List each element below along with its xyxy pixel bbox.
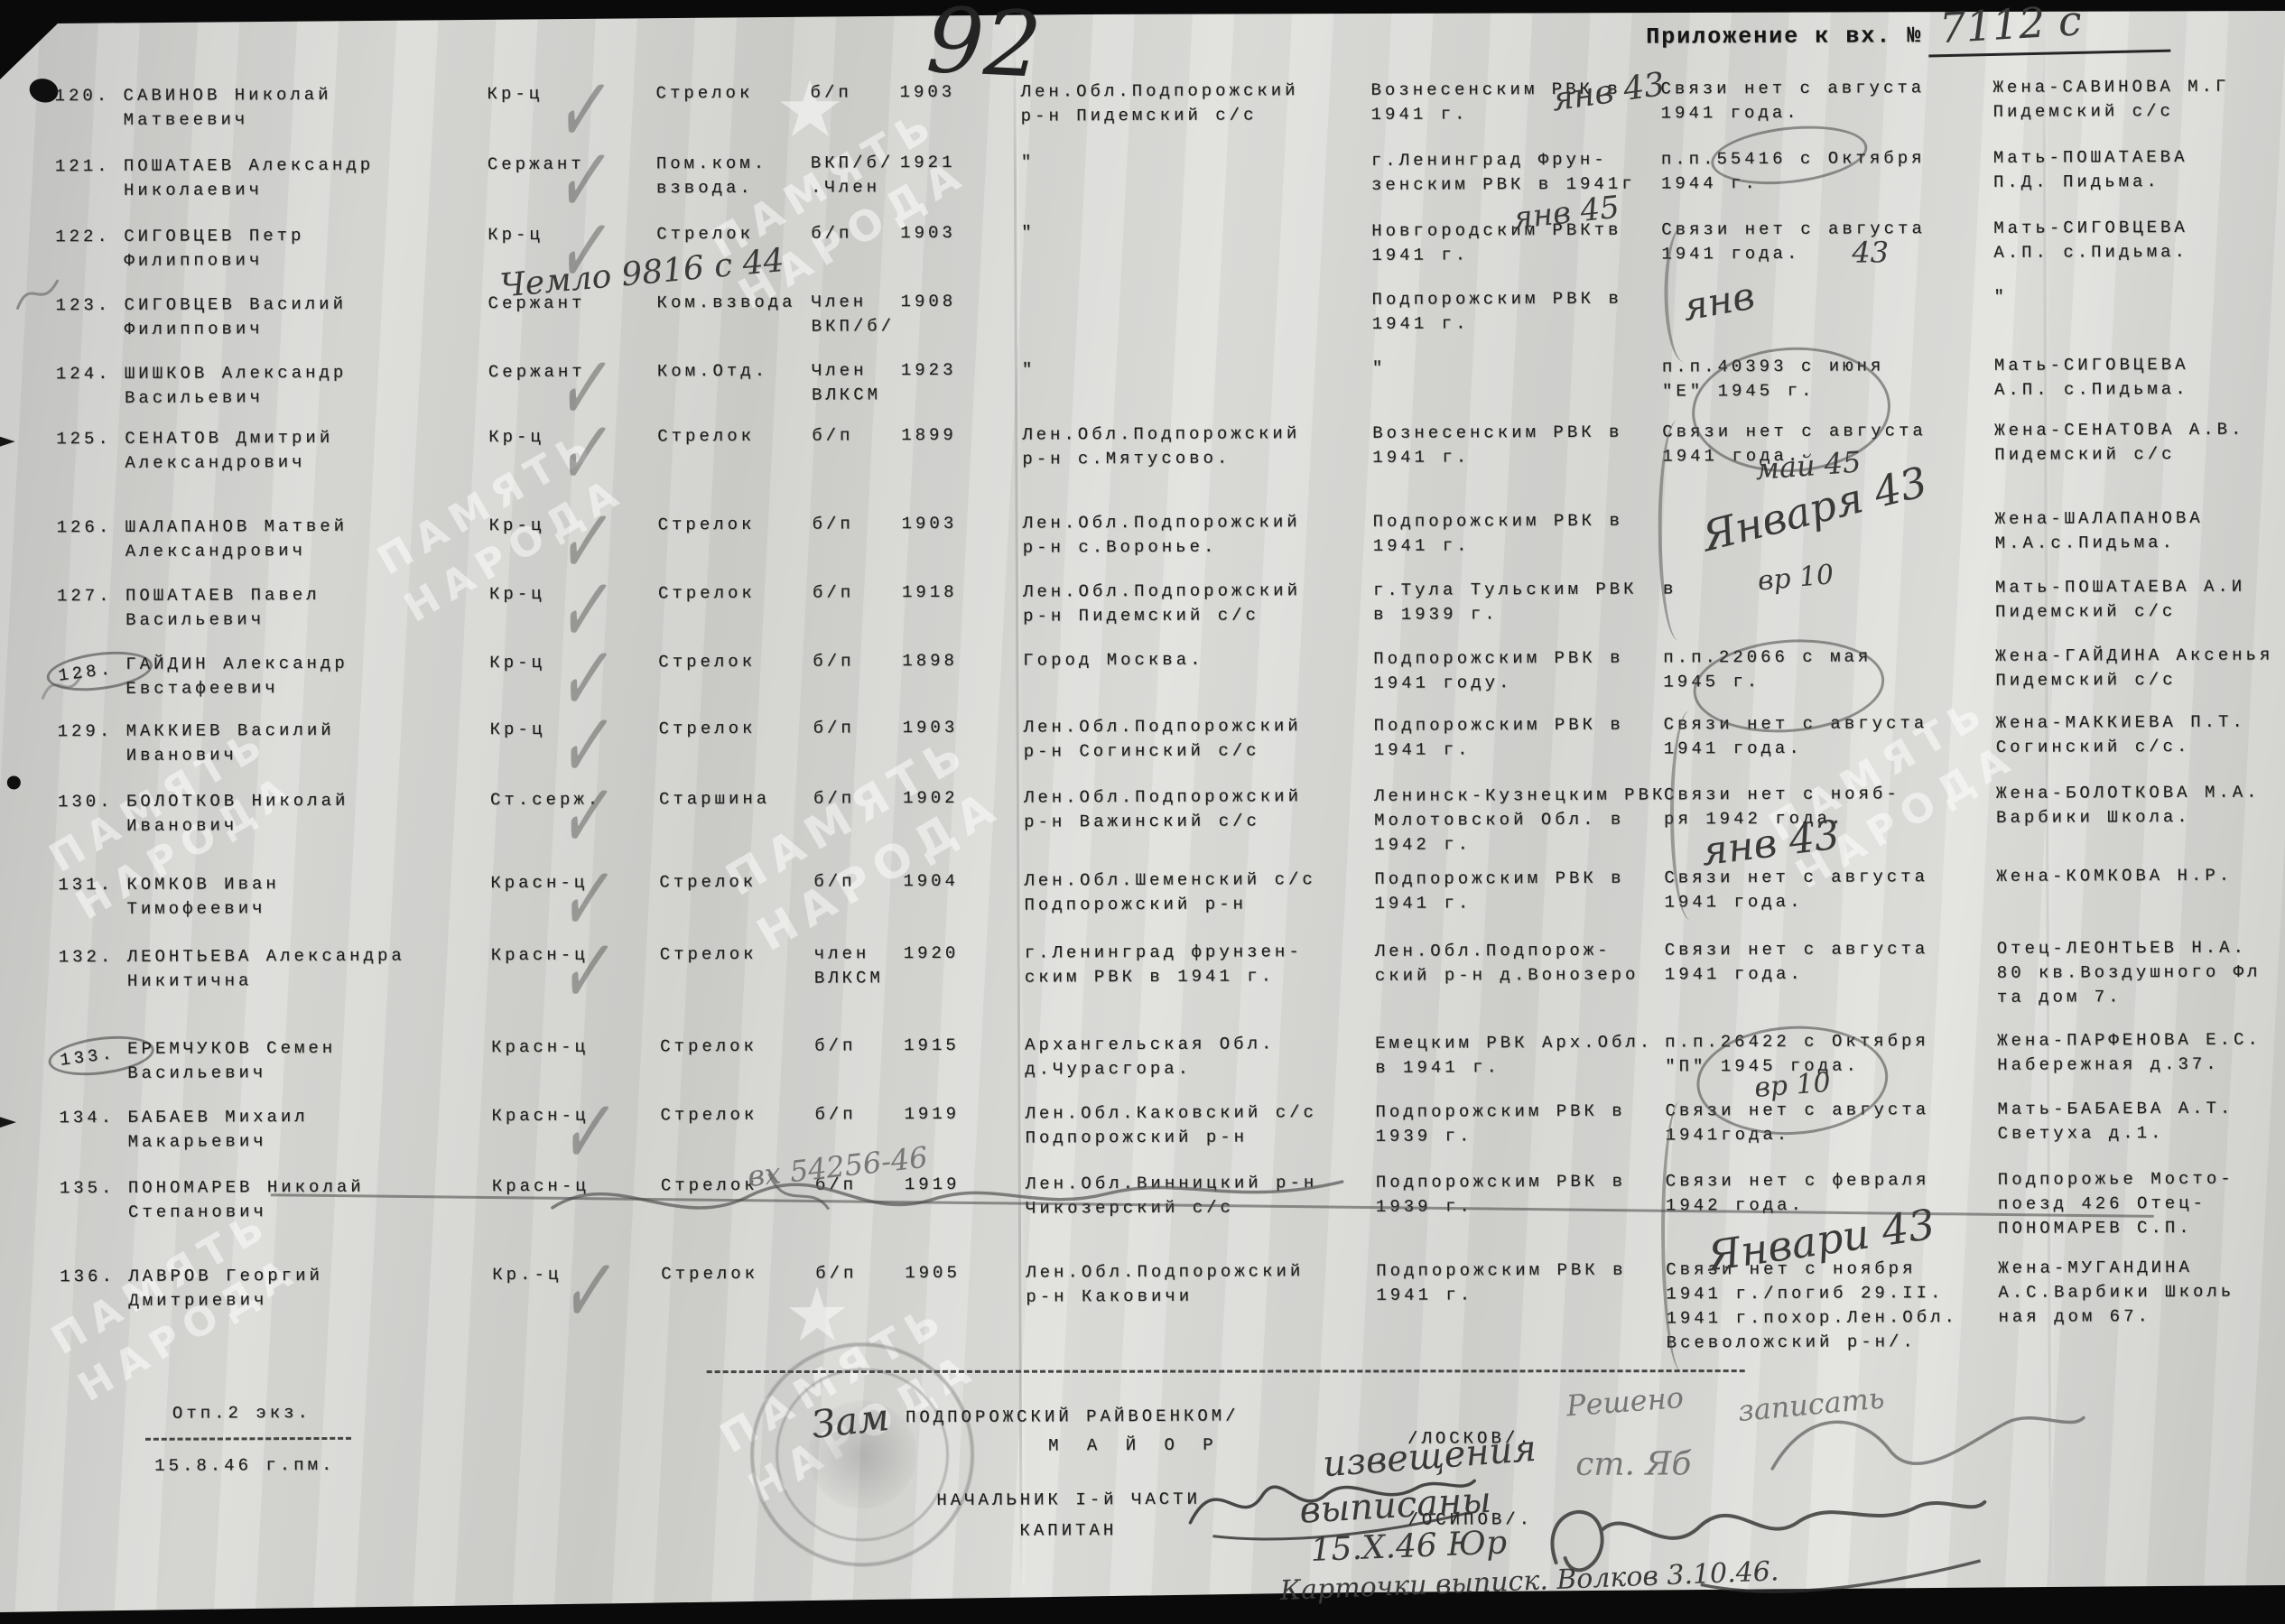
military-position: Стрелок bbox=[656, 222, 823, 247]
birthplace: Лен.Обл.Подпорожский р-н с.Воронье. bbox=[1023, 510, 1343, 561]
family-contact: Мать-ПОШАТАЕВА П.Д. Пидьма. bbox=[1993, 144, 2284, 194]
party-affiliation: член ВЛКСМ bbox=[814, 942, 905, 990]
soldier-name: БОЛОТКОВ Николай Иванович bbox=[126, 788, 438, 839]
scanned-document-page: ★ ПАМЯТЬ НАРОДА ПАМЯТЬ НАРОДА ПАМЯТЬ НАР… bbox=[0, 0, 2285, 1624]
annex-number-handwritten: 7112 с bbox=[1938, 0, 2083, 52]
birth-year: 1903 bbox=[899, 80, 999, 105]
birthplace: Лен.Обл.Подпорожский р-н Важинский с/с bbox=[1024, 784, 1344, 835]
party-affiliation: б/п bbox=[813, 786, 904, 811]
birth-year: 1919 bbox=[904, 1102, 1003, 1127]
copies-note: Отп.2 экз. bbox=[172, 1401, 311, 1426]
date-note: 15.8.46 г.пм. bbox=[154, 1453, 335, 1479]
military-position: Стрелок bbox=[660, 1035, 827, 1060]
drafted-by: Подпорожским РВК в 1941 г. bbox=[1374, 712, 1699, 763]
party-affiliation: Член ВКП/б/ bbox=[811, 290, 901, 339]
soldier-name: ГАЙДИН Александр Евстафеевич bbox=[125, 651, 437, 701]
soldier-name: ЕРЕМЧУКОВ Семен Васильевич bbox=[127, 1035, 439, 1086]
birthplace: Лен.Обл.Шеменский с/с Подпорожский р-н bbox=[1024, 868, 1344, 918]
party-affiliation: б/п bbox=[813, 869, 904, 894]
party-affiliation: б/п bbox=[815, 1261, 906, 1285]
drafted-by: Ленинск-Кузнецким РВК Молотовской Обл. в… bbox=[1374, 783, 1699, 858]
birthplace: г.Ленинград фрунзен- ским РВК в 1941 г. bbox=[1025, 940, 1345, 990]
birthplace: Лен.Обл.Подпорожский р-н Пидемский с/с bbox=[1020, 79, 1341, 129]
contact-status: в bbox=[1663, 576, 2011, 602]
family-contact: " bbox=[1993, 283, 2284, 309]
table-row: 122. СИГОВЦЕВ Петр Филиппович Кр-ц Стрел… bbox=[0, 215, 2282, 225]
birthplace: Лен.Обл.Каковский с/с Подпорожский р-н bbox=[1025, 1100, 1345, 1151]
soldier-name: ШАЛАПАНОВ Матвей Александрович bbox=[125, 514, 437, 564]
birthplace: " bbox=[1021, 149, 1342, 175]
family-contact: Подпорожье Мосто- поезд 426 Отец- ПОНОМА… bbox=[1998, 1166, 2285, 1240]
soldier-name: СИГОВЦЕВ Василий Филиппович bbox=[124, 292, 435, 342]
commissar-title: ПОДПОРОЖСКИЙ РАЙВОЕНКОМ/ bbox=[906, 1405, 1240, 1431]
military-position: Пом.ком. взвода. bbox=[656, 152, 823, 201]
chief-title: НАЧАЛЬНИК I-й ЧАСТИ bbox=[936, 1488, 1201, 1513]
fold-line bbox=[1013, 24, 1023, 1586]
margin-arrow-mark: ► bbox=[0, 1102, 16, 1137]
military-position: Стрелок bbox=[659, 717, 826, 742]
birth-year: 1899 bbox=[901, 423, 1000, 448]
deputy-handwritten: Зам bbox=[810, 1395, 892, 1447]
party-affiliation: б/п bbox=[813, 512, 903, 536]
soldier-name: ПОНОМАРЕВ Николай Степанович bbox=[128, 1174, 440, 1225]
military-position: Старшина bbox=[659, 787, 826, 812]
drafted-by: Лен.Обл.Подпорож- ский р-н д.Вонозеро bbox=[1375, 938, 1700, 988]
family-contact: Мать-ПОШАТАЕВА А.И Пидемский с/с bbox=[1995, 574, 2285, 624]
family-contact: Мать-СИГОВЦЕВА А.П. с.Пидьма. bbox=[1994, 352, 2285, 402]
table-row: 126. ШАЛАПАНОВ Матвей Александрович Кр-ц… bbox=[0, 506, 2284, 515]
party-affiliation: б/п bbox=[812, 423, 902, 448]
military-position: Стрелок bbox=[657, 424, 824, 450]
family-contact: Жена-КОМКОВА Н.Р. bbox=[1996, 863, 2285, 888]
military-position: Стрелок bbox=[658, 581, 825, 607]
birthplace: Город Москва. bbox=[1023, 647, 1343, 673]
birthplace: Лен.Обл.Подпорожский р-н Пидемский с/с bbox=[1023, 579, 1343, 629]
military-rank: Кр.-ц bbox=[492, 1262, 632, 1287]
table-row: 134. БАБАЕВ Михаил Макарьевич Красн-ц Ст… bbox=[1, 1096, 2285, 1106]
military-position: Ком.Отд. bbox=[657, 359, 824, 385]
party-affiliation: б/п bbox=[811, 221, 901, 246]
drafted-by: Емецким РВК Арх.Обл. в 1941 г. bbox=[1375, 1030, 1700, 1081]
table-row: 124. ШИШКОВ Александр Васильевич Сержант… bbox=[0, 352, 2283, 362]
pencil-scribble bbox=[543, 1155, 1356, 1239]
table-row: 123. СИГОВЦЕВ Василий Филиппович Сержант… bbox=[0, 283, 2282, 293]
table-row: 133. ЕРЕМЧУКОВ Семен Васильевич Красн-ц … bbox=[1, 1027, 2285, 1037]
family-contact: Жена-ШАЛАПАНОВА М.А.с.Пидьма. bbox=[1995, 506, 2285, 555]
military-rank: Сержант bbox=[488, 152, 627, 177]
family-contact: Отец-ЛЕОНТЬЕВ Н.А. 80 кв.Воздушного Фл т… bbox=[1997, 935, 2285, 1009]
table-row: 125. СЕНАТОВ Дмитрий Александрович Кр-ц … bbox=[0, 417, 2283, 427]
family-contact: Жена-МАККИЕВА П.Т. Согинский с/с. bbox=[1996, 710, 2285, 759]
military-position: Стрелок bbox=[659, 870, 826, 896]
soldier-name: ПОШАТАЕВ Павел Васильевич bbox=[125, 582, 437, 633]
party-affiliation: б/п bbox=[814, 1102, 905, 1127]
contact-status: Связи нет с августа 1941 года. bbox=[1665, 937, 2012, 988]
military-rank: Красн-ц bbox=[491, 1035, 631, 1060]
soldier-name: ЛЕОНТЬЕВА Александра Никитична bbox=[127, 943, 439, 994]
military-position: Стрелок bbox=[658, 650, 825, 675]
table-row: 129. МАККИЕВ Василий Иванович Кр-ц Стрел… bbox=[0, 710, 2285, 719]
drafted-by: Подпорожским РВК в 1941 году. bbox=[1373, 645, 1698, 696]
military-rank: Сержант bbox=[488, 359, 628, 385]
round-stamp bbox=[750, 1342, 975, 1567]
handwritten-note: 43 bbox=[1852, 235, 1889, 269]
soldier-name: СЕНАТОВ Дмитрий Александрович bbox=[125, 425, 436, 476]
military-rank: Ст.серж. bbox=[490, 787, 630, 812]
party-affiliation: б/п bbox=[814, 1034, 905, 1058]
military-rank: Кр-ц bbox=[490, 717, 630, 742]
military-rank: Кр-ц bbox=[488, 222, 627, 247]
birth-year: 1903 bbox=[900, 221, 999, 246]
birthplace: " bbox=[1022, 357, 1342, 383]
copies-underline bbox=[145, 1437, 351, 1441]
military-rank: Красн-ц bbox=[491, 942, 631, 968]
soldier-name: ШИШКОВ Александр Васильевич bbox=[125, 360, 436, 411]
family-contact: Жена-ПАРФЕНОВА Е.С. Набережная д.37. bbox=[1997, 1027, 2285, 1077]
family-contact: Жена-МУГАНДИНА А.С.Варбики Школь ная дом… bbox=[1998, 1255, 2285, 1329]
party-affiliation: б/п bbox=[813, 580, 903, 605]
family-contact: Жена-БОЛОТКОВА М.А. Варбики Школа. bbox=[1996, 780, 2285, 830]
star-icon: ★ bbox=[775, 64, 845, 154]
family-contact: Жена-САВИНОВА М.Г Пидемский с/с bbox=[1992, 74, 2283, 124]
soldier-name: КОМКОВ Иван Тимофеевич bbox=[126, 871, 438, 922]
military-rank: Кр-ц bbox=[487, 81, 627, 107]
military-rank: Кр-ц bbox=[489, 650, 629, 675]
party-affiliation: б/п bbox=[813, 716, 904, 740]
birth-year: 1905 bbox=[905, 1261, 1004, 1285]
birth-year: 1903 bbox=[903, 716, 1002, 740]
birthplace: Архангельская Обл. д.Чурасгора. bbox=[1025, 1032, 1345, 1082]
page-content: ★ ПАМЯТЬ НАРОДА ПАМЯТЬ НАРОДА ПАМЯТЬ НАР… bbox=[0, 0, 2285, 1624]
table-row: 128. ГАЙДИН Александр Евстафеевич Кр-ц С… bbox=[0, 643, 2284, 653]
drafted-by: г.Ленинград Фрун- зенским РВК в 1941г bbox=[1371, 147, 1696, 198]
family-contact: Жена-ГАЙДИНА Аксенья Пидемский с/с bbox=[1995, 643, 2285, 692]
birth-year: 1908 bbox=[900, 290, 999, 314]
contact-status: Связи нет с августа 1941 года. bbox=[1661, 217, 2009, 267]
birthplace: Лен.Обл.Подпорожский р-н Согинский с/с bbox=[1024, 714, 1344, 765]
military-position: Стрелок bbox=[661, 1262, 828, 1287]
birth-year: 1904 bbox=[903, 869, 1002, 894]
soldier-name: СИГОВЦЕВ Петр Филиппович bbox=[124, 223, 435, 274]
military-position: Ком.взвода bbox=[656, 291, 823, 316]
birth-year: 1898 bbox=[902, 649, 1001, 673]
handwritten-note: 15.X.46 Юр bbox=[1310, 1524, 1508, 1569]
drafted-by: Подпорожским РВК в 1941 г. bbox=[1374, 866, 1699, 916]
birth-year: 1918 bbox=[902, 580, 1001, 605]
military-rank: Кр-ц bbox=[488, 424, 628, 450]
birthplace bbox=[1021, 288, 1342, 290]
military-rank: Красн-ц bbox=[490, 870, 630, 896]
watermark-text: ПАМЯТЬ НАРОДА bbox=[699, 94, 978, 322]
birthplace: " bbox=[1021, 219, 1342, 246]
birth-year: 1920 bbox=[904, 942, 1003, 966]
handwritten-note: Решено bbox=[1565, 1380, 1686, 1424]
checkmark-pencil-icon: ✓ bbox=[555, 910, 623, 1032]
table-row: 120. САВИНОВ Николай Матвеевич Кр-ц Стре… bbox=[0, 74, 2281, 84]
birth-year: 1903 bbox=[902, 512, 1001, 536]
soldier-name: БАБАЕВ Михаил Макарьевич bbox=[127, 1104, 439, 1155]
birth-year: 1923 bbox=[901, 358, 1000, 383]
soldier-name: САВИНОВ Николай Матвеевич bbox=[123, 82, 434, 133]
military-rank: Красн-ц bbox=[491, 1103, 631, 1128]
margin-arrow-mark: ► bbox=[0, 422, 15, 456]
family-contact: Жена-СЕНАТОВА А.В. Пидемский с/с bbox=[1994, 417, 2285, 467]
soldier-name: МАККИЕВ Василий Иванович bbox=[126, 718, 438, 768]
soldier-name: ПОШАТАЕВ Александр Николаевич bbox=[124, 153, 435, 203]
birthplace: Лен.Обл.Подпорожский р-н Каковичи bbox=[1026, 1259, 1346, 1310]
family-contact: Мать-БАБАЕВА А.Т. Светуха д.1. bbox=[1997, 1096, 2285, 1146]
military-rank: Кр-ц bbox=[489, 513, 629, 538]
drafted-by: Подпорожским РВК в 1939 г. bbox=[1375, 1099, 1700, 1149]
drafted-by: г.Тула Тульским РВК в 1939 г. bbox=[1373, 577, 1698, 627]
punch-dot bbox=[7, 775, 21, 789]
military-position: Стрелок bbox=[658, 513, 825, 538]
table-row: 127. ПОШАТАЕВ Павел Васильевич Кр-ц Стре… bbox=[0, 574, 2284, 584]
birth-year: 1915 bbox=[904, 1034, 1003, 1058]
table-row: 136. ЛАВРОВ Георгий Дмитриевич Кр.-ц Стр… bbox=[2, 1255, 2285, 1265]
birthplace: Лен.Обл.Подпорожский р-н с.Мятусово. bbox=[1022, 422, 1342, 472]
handwritten-note: вр 10 bbox=[1753, 1067, 1832, 1104]
party-affiliation: б/п bbox=[813, 649, 903, 673]
birth-year: 1921 bbox=[900, 151, 999, 175]
drafted-by: Подпорожским РВК в 1941 г. bbox=[1376, 1257, 1701, 1308]
chief-rank: КАПИТАН bbox=[1019, 1518, 1117, 1543]
checkmark-pencil-icon: ✓ bbox=[553, 392, 620, 514]
table-row: 131. КОМКОВ Иван Тимофеевич Красн-ц Стре… bbox=[0, 863, 2285, 873]
handwritten-note: извещения bbox=[1322, 1428, 1538, 1485]
watermark-text: ПАМЯТЬ НАРОДА bbox=[714, 719, 1014, 967]
party-affiliation: ВКП/б/ .Член bbox=[811, 151, 901, 200]
annex-label: Приложение к вх. № bbox=[1646, 23, 1922, 49]
checkmark-pencil-icon: ✓ bbox=[556, 1230, 624, 1351]
table-row: 121. ПОШАТАЕВ Александр Николаевич Сержа… bbox=[0, 144, 2282, 154]
contact-status: Связи нет с августа 1941 года. bbox=[1660, 76, 2008, 126]
checkmark-pencil-icon: ✓ bbox=[554, 755, 622, 877]
military-position: Стрелок bbox=[660, 1103, 827, 1128]
checkmark-pencil-icon: ✓ bbox=[555, 838, 623, 960]
table-row: 132. ЛЕОНТЬЕВА Александра Никитична Крас… bbox=[1, 935, 2285, 945]
drafted-by: " bbox=[1372, 355, 1697, 381]
party-affiliation: Член ВЛКСМ bbox=[812, 358, 902, 407]
military-position: Стрелок bbox=[660, 942, 827, 968]
soldier-name: ЛАВРОВ Георгий Дмитриевич bbox=[128, 1263, 440, 1313]
birth-year: 1902 bbox=[903, 786, 1002, 811]
table-row: 130. БОЛОТКОВ Николай Иванович Ст.серж. … bbox=[0, 780, 2285, 790]
drafted-by: Подпорожским РВК в 1941 г. bbox=[1371, 286, 1696, 337]
military-position: Стрелок bbox=[655, 81, 822, 107]
military-rank: Кр-ц bbox=[489, 581, 629, 607]
drafted-by: Подпорожским РВК в 1941 г. bbox=[1373, 508, 1698, 559]
handwritten-note: ст. Яб bbox=[1575, 1445, 1691, 1483]
family-contact: Мать-СИГОВЦЕВА А.П. с.Пидьма. bbox=[1993, 215, 2284, 264]
party-affiliation: б/п bbox=[810, 80, 900, 105]
drafted-by: Вознесенским РВК в 1941 г. bbox=[1372, 420, 1697, 470]
